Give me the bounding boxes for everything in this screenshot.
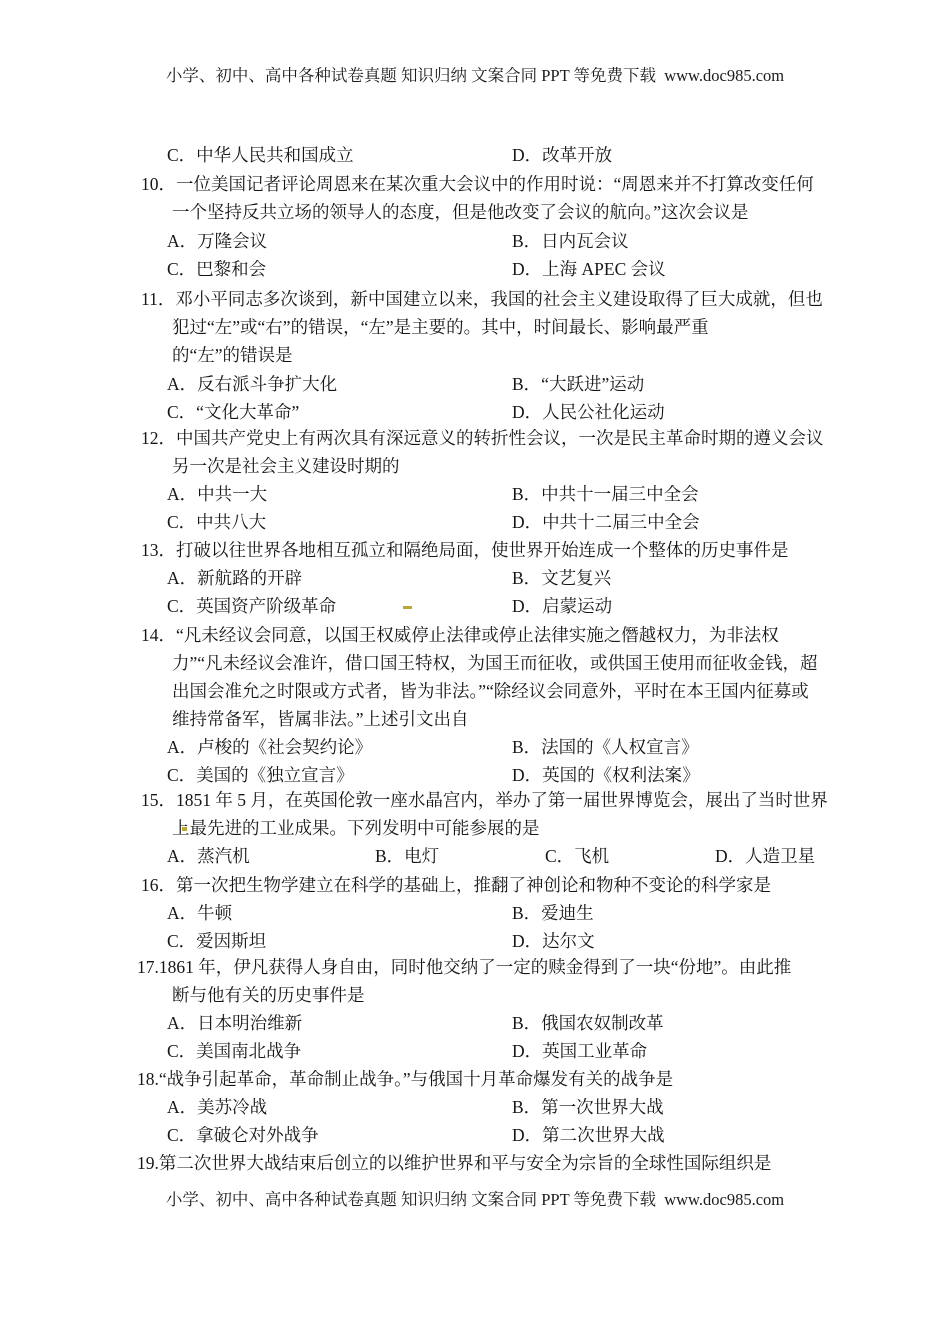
q11-option-d: D．人民公社化运动 xyxy=(512,401,665,424)
q14-text-line-4: 维持常备军，皆属非法。”上述引文出自 xyxy=(172,708,469,731)
q9-option-c: C．中华人民共和国成立 xyxy=(167,144,354,167)
q9-option-d: D．改革开放 xyxy=(512,144,612,167)
q13-text-line-1: 13．打破以往世界各地相互孤立和隔绝局面，使世界开始连成一个整体的历史事件是 xyxy=(141,539,789,562)
q10-text-line-2: 一个坚持反共立场的领导人的态度，但是他改变了会议的航向。”这次会议是 xyxy=(172,201,749,224)
q10-options-ab-row: A．万隆会议 B．日内瓦会议 xyxy=(0,230,950,254)
q10-option-c: C．巴黎和会 xyxy=(167,258,266,281)
q12-option-a: A．中共一大 xyxy=(167,483,267,506)
q14-text-line-1: 14．“凡未经议会同意，以国王权威停止法律或停止法律实施之僭越权力，为非法权 xyxy=(141,624,779,647)
q17-options-cd-row: C．美国南北战争 D．英国工业革命 xyxy=(0,1040,950,1064)
q15-option-d: D．人造卫星 xyxy=(715,845,815,868)
q11-text-line-1: 11．邓小平同志多次谈到，新中国建立以来，我国的社会主义建设取得了巨大成就，但也 xyxy=(141,288,823,311)
q12-options-cd-row: C．中共八大 D．中共十二届三中全会 xyxy=(0,511,950,535)
q18-option-d: D．第二次世界大战 xyxy=(512,1124,665,1147)
q12-options-ab-row: A．中共一大 B．中共十一届三中全会 xyxy=(0,483,950,507)
q12-text-line-2: 另一次是社会主义建设时期的 xyxy=(172,455,400,478)
q18-options-cd-row: C．拿破仑对外战争 D．第二次世界大战 xyxy=(0,1124,950,1148)
q9-options-cd-row: C．中华人民共和国成立 D．改革开放 xyxy=(0,144,950,168)
q16-options-ab-row: A．牛顿 B．爱迪生 xyxy=(0,902,950,926)
q14-options-ab-row: A．卢梭的《社会契约论》 B．法国的《人权宣言》 xyxy=(0,736,950,760)
q18-text-line-1: 18.“战争引起革命，革命制止战争。”与俄国十月革命爆发有关的战争是 xyxy=(137,1068,673,1091)
q17-option-a: A．日本明治维新 xyxy=(167,1012,302,1035)
q10-option-a: A．万隆会议 xyxy=(167,230,267,253)
q13-options-ab-row: A．新航路的开辟 B．文艺复兴 xyxy=(0,567,950,591)
q16-options-cd-row: C．爱因斯坦 D．达尔文 xyxy=(0,930,950,954)
q19-text-line-1: 19.第二次世界大战结束后创立的以维护世界和平与安全为宗旨的全球性国际组织是 xyxy=(137,1152,771,1175)
q16-option-b: B．爱迪生 xyxy=(512,902,594,925)
q11-text-line-2: 犯过“左”或“右”的错误，“左”是主要的。其中，时间最长、影响最严重 xyxy=(172,316,709,339)
q16-text-line-1: 16．第一次把生物学建立在科学的基础上，推翻了神创论和物种不变论的科学家是 xyxy=(141,874,771,897)
q18-options-ab-row: A．美苏冷战 B．第一次世界大战 xyxy=(0,1096,950,1120)
q10-options-cd-row: C．巴黎和会 D．上海 APEC 会议 xyxy=(0,258,950,282)
q13-option-a: A．新航路的开辟 xyxy=(167,567,302,590)
q13-option-d: D．启蒙运动 xyxy=(512,595,612,618)
q14-option-b: B．法国的《人权宣言》 xyxy=(512,736,699,759)
q15-text-line-1: 15．1851 年 5 月，在英国伦敦一座水晶宫内，举办了第一届世界博览会，展出… xyxy=(141,789,828,812)
q11-options-cd-row: C．“文化大革命” D．人民公社化运动 xyxy=(0,401,950,425)
q15-text-line-2: 上最先进的工业成果。下列发明中可能参展的是 xyxy=(172,817,540,840)
q17-option-d: D．英国工业革命 xyxy=(512,1040,647,1063)
q15-option-b: B．电灯 xyxy=(375,845,439,868)
q16-option-d: D．达尔文 xyxy=(512,930,595,953)
q17-text-line-2: 断与他有关的历史事件是 xyxy=(172,984,365,1007)
q14-text-line-2: 力”“凡未经议会准许，借口国王特权，为国王而征收，或供国王使用而征收金钱，超 xyxy=(172,652,818,675)
page-header: 小学、初中、高中各种试卷真题 知识归纳 文案合同 PPT 等免费下载 www.d… xyxy=(0,65,950,87)
q16-option-a: A．牛顿 xyxy=(167,902,232,925)
q14-text-line-3: 出国会准允之时限或方式者，皆为非法。”“除经议会同意外，平时在本王国内征募或 xyxy=(172,680,809,703)
page-footer: 小学、初中、高中各种试卷真题 知识归纳 文案合同 PPT 等免费下载 www.d… xyxy=(0,1189,950,1211)
q13-options-cd-row: C．英国资产阶级革命 D．启蒙运动 xyxy=(0,595,950,619)
q13-option-b: B．文艺复兴 xyxy=(512,567,611,590)
q18-option-c: C．拿破仑对外战争 xyxy=(167,1124,319,1147)
q18-option-a: A．美苏冷战 xyxy=(167,1096,267,1119)
q11-options-ab-row: A．反右派斗争扩大化 B．“大跃进”运动 xyxy=(0,373,950,397)
q15-options-abcd-row: A．蒸汽机 B．电灯 C．飞机 D．人造卫星 xyxy=(0,845,950,869)
q11-text-line-3: 的“左”的错误是 xyxy=(172,344,293,367)
q12-option-d: D．中共十二届三中全会 xyxy=(512,511,700,534)
q14-option-d: D．英国的《权利法案》 xyxy=(512,764,700,787)
q11-option-a: A．反右派斗争扩大化 xyxy=(167,373,337,396)
exam-paper-page: 小学、初中、高中各种试卷真题 知识归纳 文案合同 PPT 等免费下载 www.d… xyxy=(0,0,950,1344)
q12-option-b: B．中共十一届三中全会 xyxy=(512,483,699,506)
q12-text-line-1: 12．中国共产党史上有两次具有深远意义的转折性会议，一次是民主革命时期的遵义会议 xyxy=(141,427,824,450)
q12-option-c: C．中共八大 xyxy=(167,511,266,534)
q10-option-b: B．日内瓦会议 xyxy=(512,230,629,253)
q15-option-c: C．飞机 xyxy=(545,845,609,868)
q14-options-cd-row: C．美国的《独立宣言》 D．英国的《权利法案》 xyxy=(0,764,950,788)
q16-option-c: C．爱因斯坦 xyxy=(167,930,266,953)
q17-option-b: B．俄国农奴制改革 xyxy=(512,1012,664,1035)
q10-text-line-1: 10．一位美国记者评论周恩来在某次重大会议中的作用时说：“周恩来并不打算改变任何 xyxy=(141,173,814,196)
highlight-mark xyxy=(403,606,412,609)
q17-option-c: C．美国南北战争 xyxy=(167,1040,301,1063)
q11-option-c: C．“文化大革命” xyxy=(167,401,299,424)
q10-option-d: D．上海 APEC 会议 xyxy=(512,258,666,281)
q17-options-ab-row: A．日本明治维新 B．俄国农奴制改革 xyxy=(0,1012,950,1036)
q14-option-a: A．卢梭的《社会契约论》 xyxy=(167,736,372,759)
q17-text-line-1: 17.1861 年，伊凡获得人身自由，同时他交纳了一定的赎金得到了一块“份地”。… xyxy=(137,956,791,979)
q14-option-c: C．美国的《独立宣言》 xyxy=(167,764,354,787)
q18-option-b: B．第一次世界大战 xyxy=(512,1096,664,1119)
highlight-mark xyxy=(182,827,187,831)
q13-option-c: C．英国资产阶级革命 xyxy=(167,595,336,618)
q11-option-b: B．“大跃进”运动 xyxy=(512,373,644,396)
q15-option-a: A．蒸汽机 xyxy=(167,845,250,868)
